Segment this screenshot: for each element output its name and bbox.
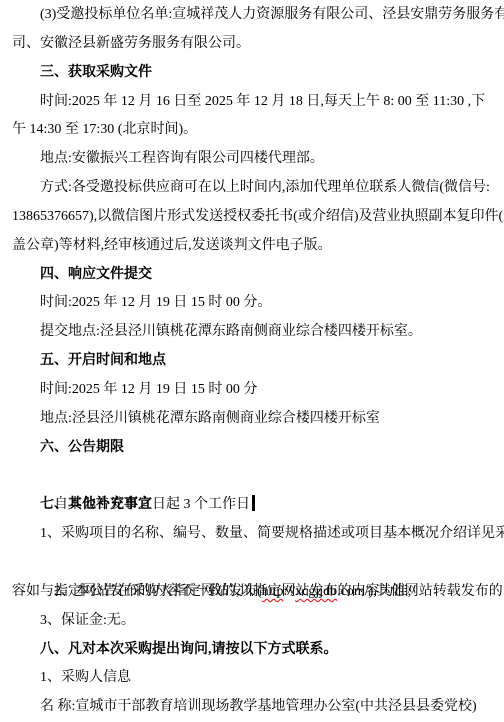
heading-section-5-opening-time-place[interactable]: 五、开启时间和地点 [12, 347, 494, 376]
heading-section-3-get-documents[interactable]: 三、获取采购文件 [12, 59, 494, 88]
text-cursor [252, 495, 255, 511]
line-acquire-method-1[interactable]: 方式:各受邀投标供应商可在以上时间内,添加代理单位联系人微信(微信号: [12, 174, 494, 203]
heading-section-8-contact[interactable]: 八、凡对本次采购提出询问,请按以下方式联系。 [12, 636, 494, 665]
line-invited-bidders-1[interactable]: (3)受邀投标单位名单:宣城祥茂人力资源服务有限公司、泾县安鼎劳务服务有限公 [12, 1, 494, 30]
line-open-time[interactable]: 时间:2025 年 12 月 19 日 15 时 00 分 [12, 376, 494, 405]
line-notice-period[interactable]: 自本公告发布之日起 3 个工作日 [12, 463, 494, 492]
document-page[interactable]: (3)受邀投标单位名单:宣城祥茂人力资源服务有限公司、泾县安鼎劳务服务有限公 司… [0, 0, 504, 722]
line-submit-location[interactable]: 提交地点:泾县泾川镇桃花潭东路南侧商业综合楼四楼开标室。 [12, 318, 494, 347]
line-other-item-2-with-url[interactable]: 2、本公告在采购人指定网站发布(http://xcgjjdb.com/),其他网… [12, 549, 494, 578]
line-other-item-3-deposit[interactable]: 3、保证金:无。 [12, 607, 494, 636]
line-acquire-time-2[interactable]: 午 14:30 至 17:30 (北京时间)。 [12, 116, 494, 145]
heading-section-4-response-submission[interactable]: 四、响应文件提交 [12, 261, 494, 290]
heading-section-6-notice-period[interactable]: 六、公告期限 [12, 434, 494, 463]
line-acquire-method-2[interactable]: 13865376657),以微信图片形式发送授权委托书(或介绍信)及营业执照副本… [12, 203, 494, 232]
line-submit-time[interactable]: 时间:2025 年 12 月 19 日 15 时 00 分。 [12, 289, 494, 318]
line-purchaser-name[interactable]: 名 称:宣城市干部教育培训现场教学基地管理办公室(中共泾县县委党校) [12, 693, 494, 722]
line-acquire-method-3[interactable]: 盖公章)等材料,经审核通过后,发送谈判文件电子版。 [12, 232, 494, 261]
line-invited-bidders-2[interactable]: 司、安徽泾县新盛劳务服务有限公司。 [12, 30, 494, 59]
line-open-location[interactable]: 地点:泾县泾川镇桃花潭东路南侧商业综合楼四楼开标室 [12, 405, 494, 434]
line-other-item-1[interactable]: 1、采购项目的名称、编号、数量、简要规格描述或项目基本概况介绍详见采购需求; [12, 520, 494, 549]
line-purchaser-info[interactable]: 1、采购人信息 [12, 664, 494, 693]
line-acquire-time-1[interactable]: 时间:2025 年 12 月 16 日至 2025 年 12 月 18 日,每天… [12, 88, 494, 117]
line-acquire-location[interactable]: 地点:安徽振兴工程咨询有限公司四楼代理部。 [12, 145, 494, 174]
